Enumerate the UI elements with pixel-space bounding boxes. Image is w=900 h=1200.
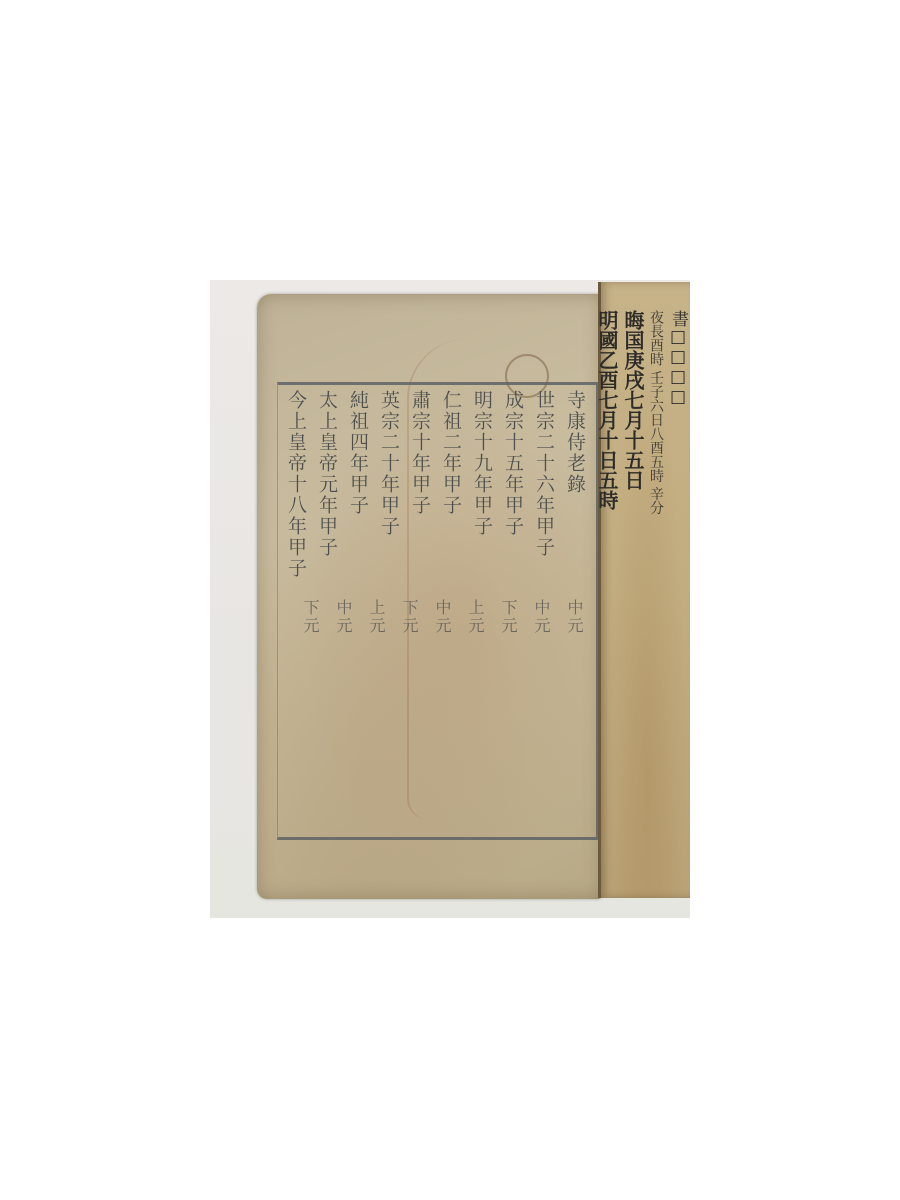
spine-column: 夜長酉時 壬子六日八酉五時 辛分: [647, 310, 665, 515]
cycle-label: 中元: [429, 599, 456, 635]
text-column: 成宗十五年甲子: [499, 390, 526, 579]
cycle-label: 下元: [495, 599, 522, 635]
book-photo: 寺康侍老錄 世宗二十六年甲子 成宗十五年甲子 明宗十九年甲子 仁祖二年甲子 肅宗…: [210, 280, 690, 918]
text-column: 肅宗十年甲子: [406, 390, 433, 579]
text-column: 太上皇帝元年甲子: [313, 390, 340, 579]
column-title: 寺康侍老錄: [561, 390, 588, 579]
cycle-label: 上元: [363, 599, 390, 635]
text-column: 純祖四年甲子: [344, 390, 371, 579]
left-page: 寺康侍老錄 世宗二十六年甲子 成宗十五年甲子 明宗十九年甲子 仁祖二年甲子 肅宗…: [257, 294, 602, 899]
text-column: 英宗二十年甲子: [375, 390, 402, 579]
spine-column: 書□□□□: [667, 310, 689, 515]
spine-column: 明國乙酉七月十日五時: [595, 310, 619, 515]
text-column: 今上皇帝十八年甲子: [282, 390, 309, 579]
text-column: 仁祖二年甲子: [437, 390, 464, 579]
spine-column: 晦国庚戌七月十五日: [621, 310, 645, 515]
cycle-label: 中元: [330, 599, 357, 635]
spine-flap: 書□□□□ 夜長酉時 壬子六日八酉五時 辛分 晦国庚戌七月十五日 明國乙酉七月十…: [598, 282, 690, 898]
cycle-label: 下元: [297, 599, 324, 635]
text-column: 世宗二十六年甲子: [530, 390, 557, 579]
text-columns: 寺康侍老錄 世宗二十六年甲子 成宗十五年甲子 明宗十九年甲子 仁祖二年甲子 肅宗…: [282, 390, 588, 579]
cycle-label: 中元: [528, 599, 555, 635]
text-column: 明宗十九年甲子: [468, 390, 495, 579]
cycle-label: 中元: [561, 599, 588, 635]
cycle-labels: 中元 中元 下元 上元 中元 下元 上元 中元 下元: [297, 599, 588, 635]
spine-text: 書□□□□ 夜長酉時 壬子六日八酉五時 辛分 晦国庚戌七月十五日 明國乙酉七月十…: [595, 310, 689, 515]
cycle-label: 上元: [462, 599, 489, 635]
cycle-label: 下元: [396, 599, 423, 635]
